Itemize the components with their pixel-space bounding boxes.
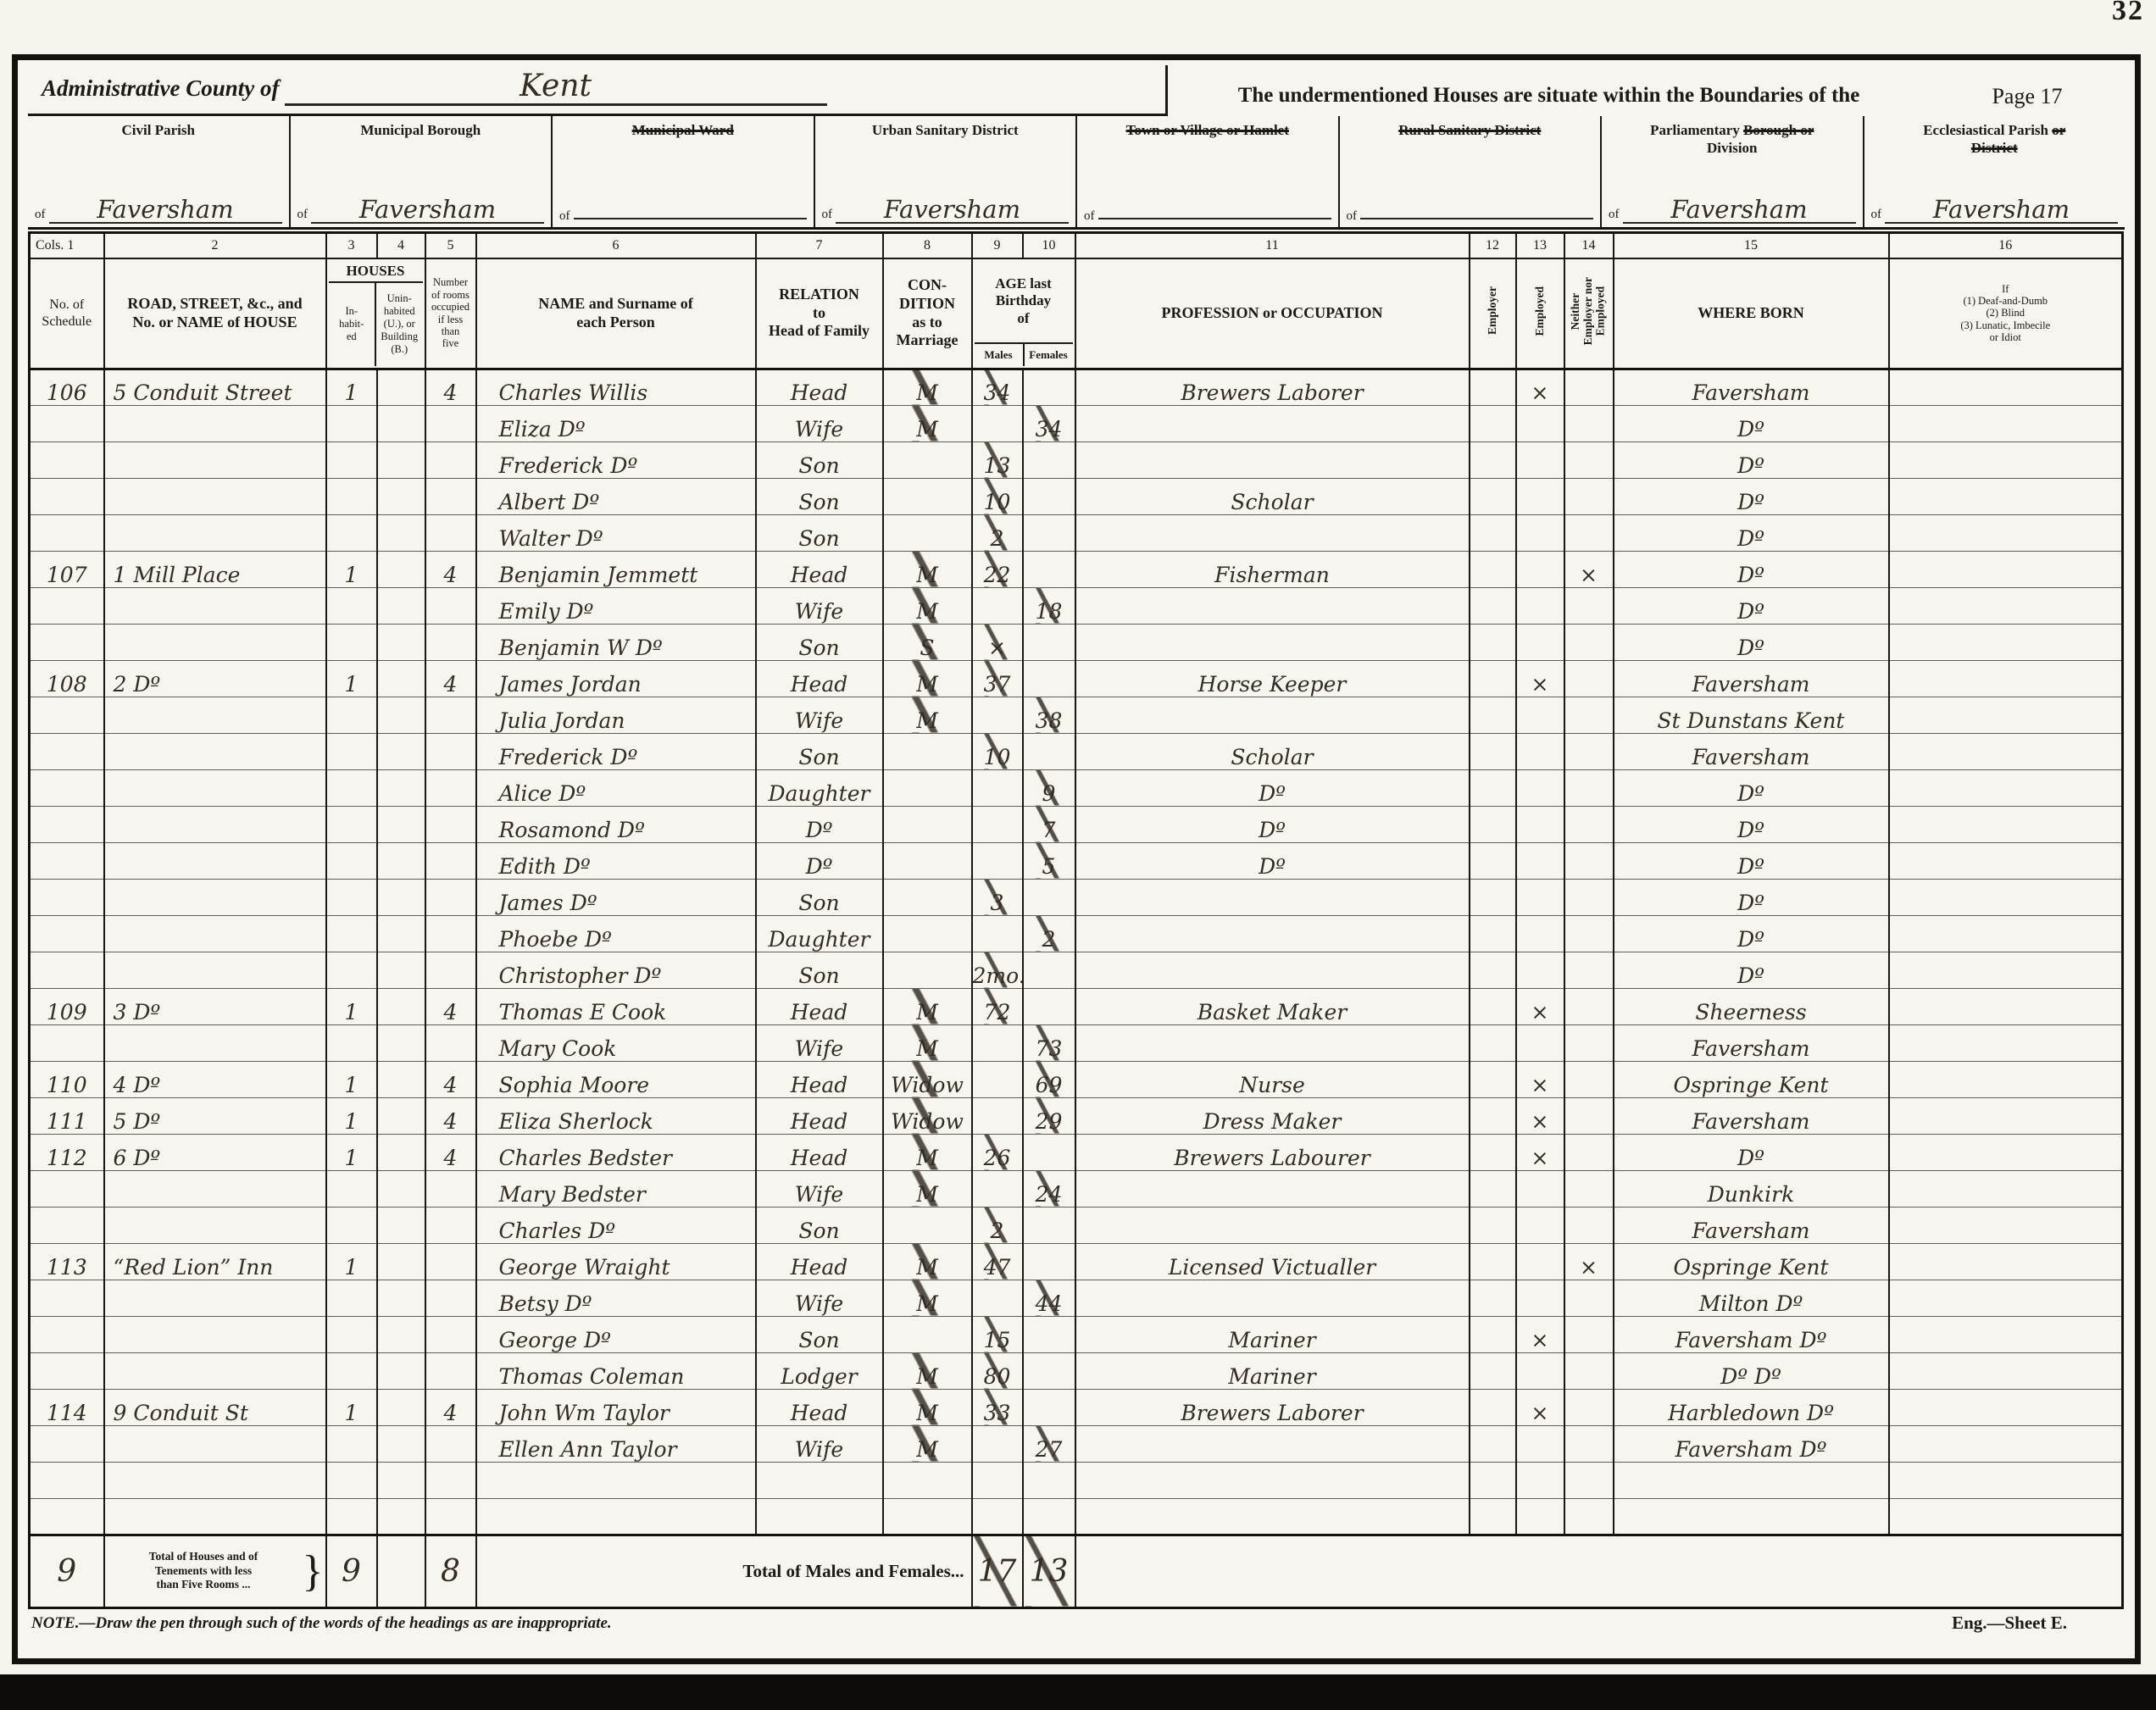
- cell-age-male: [972, 697, 1023, 733]
- cell-name: James Dº: [476, 879, 756, 915]
- total-schedules: 9: [30, 1535, 104, 1607]
- cell-inhabited: [326, 514, 377, 551]
- cell-rooms: [425, 1352, 476, 1389]
- cell-age-female: [1023, 988, 1075, 1024]
- cell-rooms: [425, 806, 476, 842]
- cell-occupation: [1075, 697, 1470, 733]
- cell-where-born: Dº: [1614, 478, 1889, 514]
- cell-occupation: Scholar: [1075, 733, 1470, 769]
- cell-age-female: 38: [1023, 697, 1075, 733]
- cell-age-male: 80: [972, 1352, 1023, 1389]
- cell-condition: M: [883, 369, 972, 405]
- cell-occupation: Dress Maker: [1075, 1097, 1470, 1134]
- cell-age-male: [972, 1498, 1023, 1535]
- cell-name: Mary Bedster: [476, 1170, 756, 1207]
- cell-neither-mark: [1564, 1498, 1614, 1535]
- cell-neither-mark: [1564, 587, 1614, 624]
- table-row: Rosamond Dº Dº 7 Dº Dº: [30, 806, 2123, 842]
- cell-occupation: [1075, 587, 1470, 624]
- cell-infirmity: [1889, 915, 2123, 952]
- cell-name: Eliza Sherlock: [476, 1097, 756, 1134]
- cell-name: Benjamin W Dº: [476, 624, 756, 660]
- cell-condition: [883, 441, 972, 478]
- cell-age-male: 22: [972, 551, 1023, 587]
- cell-schedule-number: [30, 1425, 104, 1462]
- col-where-born: WHERE BORN: [1614, 258, 1889, 369]
- cell-occupation: Brewers Laborer: [1075, 1389, 1470, 1425]
- cell-name: Albert Dº: [476, 478, 756, 514]
- cell-occupation: Basket Maker: [1075, 988, 1470, 1024]
- cell-inhabited: 1: [326, 1097, 377, 1134]
- table-row: James Dº Son 3 Dº: [30, 879, 2123, 915]
- table-row: 108 2 Dº 1 4 James Jordan Head M 37 Hors…: [30, 660, 2123, 697]
- cell-relation: Head: [756, 1243, 883, 1280]
- cell-relation: Wife: [756, 1280, 883, 1316]
- cell-inhabited: [326, 1425, 377, 1462]
- col-employer: Employer: [1470, 258, 1516, 369]
- cell-employer-mark: [1470, 1280, 1516, 1316]
- cell-relation: Wife: [756, 1170, 883, 1207]
- cell-inhabited: [326, 1352, 377, 1389]
- cell-occupation: [1075, 1462, 1470, 1498]
- cell-inhabited: [326, 1462, 377, 1498]
- cell-rooms: 4: [425, 1389, 476, 1425]
- cell-relation: Wife: [756, 587, 883, 624]
- cell-age-male: [972, 1061, 1023, 1097]
- cell-road-street: [104, 587, 326, 624]
- cell-uninhabited: [377, 988, 425, 1024]
- cell-neither-mark: [1564, 1170, 1614, 1207]
- col-profession: PROFESSION or OCCUPATION: [1075, 258, 1470, 369]
- cell-inhabited: 1: [326, 551, 377, 587]
- cell-condition: S: [883, 624, 972, 660]
- cell-infirmity: [1889, 551, 2123, 587]
- cell-uninhabited: [377, 1097, 425, 1134]
- cell-infirmity: [1889, 660, 2123, 697]
- cell-age-female: [1023, 624, 1075, 660]
- cell-inhabited: [326, 842, 377, 879]
- cell-condition: [883, 1316, 972, 1352]
- cell-schedule-number: [30, 879, 104, 915]
- cell-name: John Wm Taylor: [476, 1389, 756, 1425]
- cell-infirmity: [1889, 1425, 2123, 1462]
- cell-infirmity: [1889, 1280, 2123, 1316]
- cell-inhabited: [326, 1207, 377, 1243]
- cell-employer-mark: [1470, 1134, 1516, 1170]
- cell-employed-mark: [1516, 1243, 1564, 1280]
- cell-inhabited: 1: [326, 1061, 377, 1097]
- sheet-footer: NOTE.—Draw the pen through such of the w…: [28, 1609, 2125, 1635]
- cell-neither-mark: [1564, 369, 1614, 405]
- table-row: Mary Bedster Wife M 24 Dunkirk: [30, 1170, 2123, 1207]
- cell-schedule-number: [30, 697, 104, 733]
- parliamentary-value: Faversham: [1623, 197, 1856, 224]
- cell-name: Sophia Moore: [476, 1061, 756, 1097]
- cell-employer-mark: [1470, 369, 1516, 405]
- cell-infirmity: [1889, 879, 2123, 915]
- cell-schedule-number: 106: [30, 369, 104, 405]
- cell-where-born: Faversham Dº: [1614, 1316, 1889, 1352]
- cell-name: Christopher Dº: [476, 952, 756, 988]
- table-row: 112 6 Dº 1 4 Charles Bedster Head M 26 B…: [30, 1134, 2123, 1170]
- cell-rooms: 4: [425, 1061, 476, 1097]
- cell-age-male: 2mo.: [972, 952, 1023, 988]
- cell-occupation: Mariner: [1075, 1352, 1470, 1389]
- cell-schedule-number: [30, 1316, 104, 1352]
- cell-road-street: 5 Conduit Street: [104, 369, 326, 405]
- cell-employed-mark: [1516, 1352, 1564, 1389]
- table-row: 109 3 Dº 1 4 Thomas E Cook Head M 72 Bas…: [30, 988, 2123, 1024]
- district-town-village: Town or Village or Hamlet of: [1077, 116, 1340, 227]
- cell-where-born: Ospringe Kent: [1614, 1061, 1889, 1097]
- cell-employer-mark: [1470, 1170, 1516, 1207]
- cell-age-male: 33: [972, 1389, 1023, 1425]
- cell-inhabited: 1: [326, 988, 377, 1024]
- district-municipal-borough: Municipal Borough ofFaversham: [291, 116, 553, 227]
- census-table-header: Cols. 1 2 3 4 5 6 7 8 9 10 11 12 13 14: [30, 233, 2123, 369]
- cell-infirmity: [1889, 1352, 2123, 1389]
- cell-age-female: 73: [1023, 1024, 1075, 1061]
- cell-age-male: 15: [972, 1316, 1023, 1352]
- cell-where-born: Dº: [1614, 806, 1889, 842]
- cell-age-female: [1023, 952, 1075, 988]
- cell-condition: [883, 514, 972, 551]
- urban-sanitary-value: Faversham: [836, 197, 1069, 224]
- cell-schedule-number: 114: [30, 1389, 104, 1425]
- table-row: Edith Dº Dº 5 Dº Dº: [30, 842, 2123, 879]
- cell-neither-mark: [1564, 915, 1614, 952]
- cell-relation: Son: [756, 624, 883, 660]
- cell-rooms: [425, 1207, 476, 1243]
- scan-edge: [0, 1674, 2156, 1710]
- cell-employer-mark: [1470, 624, 1516, 660]
- cell-infirmity: [1889, 806, 2123, 842]
- cell-age-male: [972, 1462, 1023, 1498]
- col-males: Males: [975, 344, 1025, 366]
- cell-age-female: [1023, 1207, 1075, 1243]
- cell-condition: M: [883, 551, 972, 587]
- cell-employer-mark: [1470, 1243, 1516, 1280]
- cell-age-female: 5: [1023, 842, 1075, 879]
- cell-where-born: Faversham: [1614, 1024, 1889, 1061]
- cell-uninhabited: [377, 1061, 425, 1097]
- cell-schedule-number: [30, 514, 104, 551]
- cell-infirmity: [1889, 405, 2123, 441]
- cell-condition: [883, 1498, 972, 1535]
- cell-schedule-number: 107: [30, 551, 104, 587]
- cell-schedule-number: 113: [30, 1243, 104, 1280]
- cell-condition: M: [883, 1389, 972, 1425]
- cell-schedule-number: 108: [30, 660, 104, 697]
- cell-name: George Dº: [476, 1316, 756, 1352]
- cell-relation: Head: [756, 660, 883, 697]
- cell-condition: [883, 478, 972, 514]
- cell-schedule-number: 110: [30, 1061, 104, 1097]
- cell-age-male: [972, 405, 1023, 441]
- table-row: Emily Dº Wife M 18 Dº: [30, 587, 2123, 624]
- cell-rooms: 4: [425, 551, 476, 587]
- cell-infirmity: [1889, 441, 2123, 478]
- cell-schedule-number: [30, 769, 104, 806]
- total-rooms: 8: [425, 1535, 476, 1607]
- cell-relation: [756, 1462, 883, 1498]
- cell-where-born: Dº: [1614, 587, 1889, 624]
- cell-relation: Head: [756, 1061, 883, 1097]
- cell-road-street: [104, 1462, 326, 1498]
- cell-age-male: 13: [972, 441, 1023, 478]
- cell-employed-mark: ×: [1516, 1097, 1564, 1134]
- cell-relation: Wife: [756, 1425, 883, 1462]
- cell-inhabited: [326, 879, 377, 915]
- cell-inhabited: [326, 1024, 377, 1061]
- table-row: Betsy Dº Wife M 44 Milton Dº: [30, 1280, 2123, 1316]
- cell-infirmity: [1889, 769, 2123, 806]
- cell-age-female: [1023, 1352, 1075, 1389]
- col-road: ROAD, STREET, &c., and No. or NAME of HO…: [104, 258, 326, 369]
- cell-condition: [883, 952, 972, 988]
- cell-condition: [883, 733, 972, 769]
- cell-uninhabited: [377, 624, 425, 660]
- cell-schedule-number: [30, 806, 104, 842]
- cell-rooms: 4: [425, 988, 476, 1024]
- cell-schedule-number: [30, 842, 104, 879]
- cell-age-female: 24: [1023, 1170, 1075, 1207]
- cell-occupation: Brewers Labourer: [1075, 1134, 1470, 1170]
- cell-inhabited: [326, 1280, 377, 1316]
- cell-employed-mark: [1516, 1207, 1564, 1243]
- cell-employed-mark: ×: [1516, 988, 1564, 1024]
- admin-county-field: Administrative County of Kent: [28, 65, 1168, 116]
- rural-sanitary-value: [1360, 218, 1593, 219]
- brace-glyph: }: [303, 1546, 324, 1596]
- cell-inhabited: [326, 405, 377, 441]
- cell-occupation: Scholar: [1075, 478, 1470, 514]
- cell-neither-mark: [1564, 624, 1614, 660]
- cell-age-female: [1023, 1462, 1075, 1498]
- table-row: Alice Dº Daughter 9 Dº Dº: [30, 769, 2123, 806]
- cell-uninhabited: [377, 441, 425, 478]
- table-row: Phoebe Dº Daughter 2 Dº: [30, 915, 2123, 952]
- table-row: Albert Dº Son 10 Scholar Dº: [30, 478, 2123, 514]
- cell-where-born: Faversham: [1614, 660, 1889, 697]
- cell-inhabited: [326, 587, 377, 624]
- cell-uninhabited: [377, 1024, 425, 1061]
- cell-uninhabited: [377, 478, 425, 514]
- cell-where-born: Milton Dº: [1614, 1280, 1889, 1316]
- cell-rooms: [425, 1462, 476, 1498]
- cell-schedule-number: [30, 587, 104, 624]
- cell-relation: Lodger: [756, 1352, 883, 1389]
- cell-uninhabited: [377, 369, 425, 405]
- cell-where-born: Dunkirk: [1614, 1170, 1889, 1207]
- cell-infirmity: [1889, 1243, 2123, 1280]
- table-row: Christopher Dº Son 2mo. Dº: [30, 952, 2123, 988]
- sheet-label: Eng.—Sheet E.: [1952, 1613, 2118, 1634]
- cell-schedule-number: [30, 733, 104, 769]
- cell-employed-mark: ×: [1516, 660, 1564, 697]
- table-row: Eliza Dº Wife M 34 Dº: [30, 405, 2123, 441]
- cell-occupation: [1075, 1498, 1470, 1535]
- cell-age-female: 2: [1023, 915, 1075, 952]
- cell-neither-mark: [1564, 1316, 1614, 1352]
- cell-rooms: [425, 915, 476, 952]
- cell-infirmity: [1889, 1134, 2123, 1170]
- cell-occupation: [1075, 1170, 1470, 1207]
- cell-condition: M: [883, 697, 972, 733]
- cell-employed-mark: [1516, 514, 1564, 551]
- cell-neither-mark: [1564, 697, 1614, 733]
- cell-road-street: [104, 952, 326, 988]
- cell-employed-mark: [1516, 842, 1564, 879]
- cell-where-born: Dº: [1614, 551, 1889, 587]
- cell-age-male: 26: [972, 1134, 1023, 1170]
- cell-condition: M: [883, 988, 972, 1024]
- cell-road-street: [104, 1170, 326, 1207]
- cell-where-born: Dº: [1614, 952, 1889, 988]
- cell-name: Mary Cook: [476, 1024, 756, 1061]
- cell-infirmity: [1889, 988, 2123, 1024]
- census-table-totals: 9 Total of Houses and of Tenements with …: [30, 1535, 2123, 1607]
- cell-occupation: Horse Keeper: [1075, 660, 1470, 697]
- col-infirmity: If (1) Deaf-and-Dumb (2) Blind (3) Lunat…: [1889, 258, 2123, 369]
- cell-name: Benjamin Jemmett: [476, 551, 756, 587]
- table-row: 114 9 Conduit St 1 4 John Wm Taylor Head…: [30, 1389, 2123, 1425]
- cell-employer-mark: [1470, 1207, 1516, 1243]
- cell-age-male: [972, 1024, 1023, 1061]
- cell-road-street: “Red Lion” Inn: [104, 1243, 326, 1280]
- cell-uninhabited: [377, 733, 425, 769]
- cell-schedule-number: 111: [30, 1097, 104, 1134]
- cell-employer-mark: [1470, 1498, 1516, 1535]
- cell-occupation: [1075, 952, 1470, 988]
- cell-employer-mark: [1470, 441, 1516, 478]
- cell-age-female: 34: [1023, 405, 1075, 441]
- col-relation: RELATION to Head of Family: [756, 258, 883, 369]
- cell-uninhabited: [377, 1316, 425, 1352]
- total-inhabited: 9: [326, 1535, 377, 1607]
- cell-infirmity: [1889, 733, 2123, 769]
- cell-occupation: [1075, 879, 1470, 915]
- cell-rooms: [425, 405, 476, 441]
- cell-age-female: [1023, 1243, 1075, 1280]
- cell-name: James Jordan: [476, 660, 756, 697]
- cell-age-male: 3: [972, 879, 1023, 915]
- cell-relation: Son: [756, 441, 883, 478]
- cell-employed-mark: [1516, 1425, 1564, 1462]
- cell-neither-mark: [1564, 1024, 1614, 1061]
- cell-employed-mark: [1516, 879, 1564, 915]
- cell-relation: Son: [756, 733, 883, 769]
- cell-age-male: [972, 1280, 1023, 1316]
- cell-neither-mark: [1564, 1352, 1614, 1389]
- cell-relation: Dº: [756, 806, 883, 842]
- cell-infirmity: [1889, 1389, 2123, 1425]
- table-row: 107 1 Mill Place 1 4 Benjamin Jemmett He…: [30, 551, 2123, 587]
- col-name: NAME and Surname of each Person: [476, 258, 756, 369]
- cell-age-male: [972, 842, 1023, 879]
- cell-employer-mark: [1470, 1097, 1516, 1134]
- cell-infirmity: [1889, 1207, 2123, 1243]
- cell-age-female: 18: [1023, 587, 1075, 624]
- cell-age-male: [972, 915, 1023, 952]
- cell-employer-mark: [1470, 551, 1516, 587]
- cell-rooms: [425, 1425, 476, 1462]
- cell-age-male: [972, 587, 1023, 624]
- cell-employed-mark: [1516, 587, 1564, 624]
- cell-age-male: 72: [972, 988, 1023, 1024]
- cell-neither-mark: [1564, 1061, 1614, 1097]
- cell-relation: Son: [756, 1207, 883, 1243]
- cell-schedule-number: [30, 915, 104, 952]
- cell-employed-mark: [1516, 551, 1564, 587]
- cell-employed-mark: ×: [1516, 1389, 1564, 1425]
- cell-where-born: Faversham: [1614, 369, 1889, 405]
- district-civil-parish: Civil Parish ofFaversham: [28, 116, 291, 227]
- cell-rooms: [425, 842, 476, 879]
- cell-where-born: Dº: [1614, 1134, 1889, 1170]
- corner-number: 32: [2112, 0, 2144, 27]
- cell-relation: Son: [756, 514, 883, 551]
- cell-condition: Widow: [883, 1061, 972, 1097]
- cell-relation: Head: [756, 988, 883, 1024]
- cell-infirmity: [1889, 1170, 2123, 1207]
- cell-age-female: [1023, 733, 1075, 769]
- cell-age-female: 27: [1023, 1425, 1075, 1462]
- cell-employer-mark: [1470, 1389, 1516, 1425]
- cell-road-street: 3 Dº: [104, 988, 326, 1024]
- cell-employed-mark: [1516, 1024, 1564, 1061]
- cell-road-street: [104, 405, 326, 441]
- cell-road-street: [104, 879, 326, 915]
- cell-employer-mark: [1470, 733, 1516, 769]
- table-row: Ellen Ann Taylor Wife M 27 Faversham Dº: [30, 1425, 2123, 1462]
- table-row: Thomas Coleman Lodger M 80 Mariner Dº Dº: [30, 1352, 2123, 1389]
- cell-uninhabited: [377, 1134, 425, 1170]
- cell-relation: Head: [756, 1389, 883, 1425]
- cell-name: Charles Dº: [476, 1207, 756, 1243]
- cell-neither-mark: [1564, 1134, 1614, 1170]
- cell-name: George Wraight: [476, 1243, 756, 1280]
- cell-relation: Head: [756, 1097, 883, 1134]
- total-males-females-label: Total of Males and Females...: [476, 1535, 972, 1607]
- cell-employer-mark: [1470, 1061, 1516, 1097]
- cell-rooms: 4: [425, 1134, 476, 1170]
- cell-road-street: [104, 514, 326, 551]
- cell-neither-mark: [1564, 1425, 1614, 1462]
- admin-county-label: Administrative County of: [42, 75, 280, 102]
- cell-where-born: Dº: [1614, 624, 1889, 660]
- cell-name: Edith Dº: [476, 842, 756, 879]
- cell-age-female: [1023, 1498, 1075, 1535]
- cell-uninhabited: [377, 1170, 425, 1207]
- cell-road-street: [104, 1352, 326, 1389]
- cell-schedule-number: [30, 1352, 104, 1389]
- cell-rooms: [425, 1280, 476, 1316]
- cell-occupation: Dº: [1075, 842, 1470, 879]
- cell-name: [476, 1462, 756, 1498]
- cell-road-street: [104, 1316, 326, 1352]
- cell-uninhabited: [377, 769, 425, 806]
- cell-neither-mark: [1564, 842, 1614, 879]
- cell-occupation: Licensed Victualler: [1075, 1243, 1470, 1280]
- table-row: 111 5 Dº 1 4 Eliza Sherlock Head Widow 2…: [30, 1097, 2123, 1134]
- cell-occupation: [1075, 514, 1470, 551]
- cell-infirmity: [1889, 514, 2123, 551]
- cell-relation: Daughter: [756, 769, 883, 806]
- town-village-value: [1098, 218, 1331, 219]
- cell-occupation: [1075, 1024, 1470, 1061]
- cell-inhabited: [326, 733, 377, 769]
